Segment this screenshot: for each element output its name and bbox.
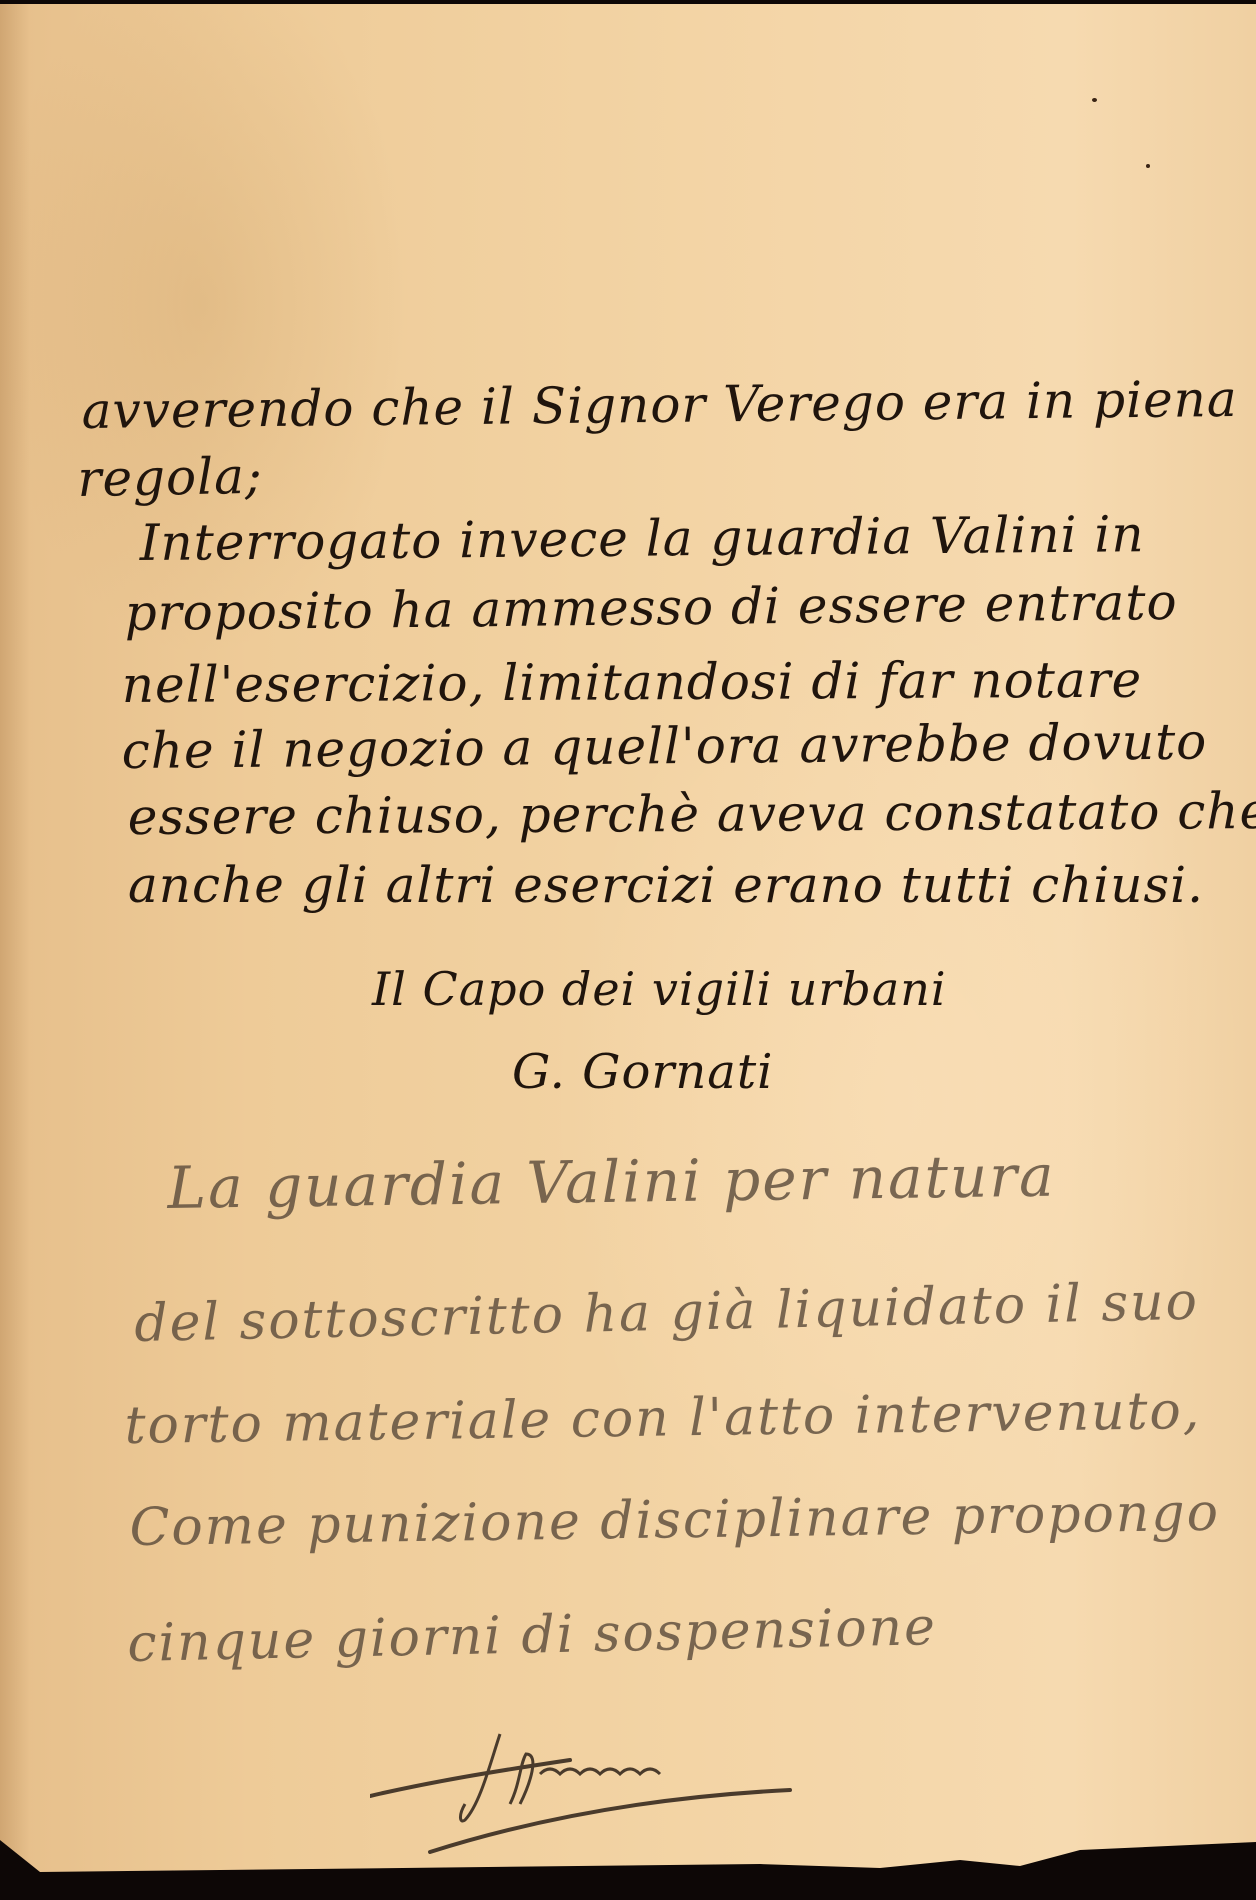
pencil-line-1: La guardia Valini per natura [167, 1142, 1056, 1222]
ink-speck [1092, 98, 1097, 102]
ink-signature: G. Gornati [512, 1044, 774, 1100]
ink-line-4: proposito ha ammesso di essere entrato [124, 573, 1177, 642]
pencil-signature: G. Bussa [370, 1724, 930, 1854]
ink-line-6: che il negozio a quell'ora avrebbe dovut… [121, 713, 1207, 780]
pencil-line-5: cinque giorni di sospensione [127, 1597, 938, 1674]
closing-title: Il Capo dei vigili urbani [372, 962, 947, 1016]
ink-line-2: regola; [77, 447, 263, 508]
letter-page: avverendo che il Signor Verego era in pi… [0, 4, 1256, 1872]
pencil-line-2: del sottoscritto ha già liquidato il suo [134, 1272, 1200, 1354]
pencil-line-3: torto materiale con l'atto intervenuto, [124, 1381, 1201, 1456]
ink-line-1: avverendo che il Signor Verego era in pi… [81, 370, 1238, 440]
pencil-line-4: Come punizione disciplinare propongo [129, 1483, 1220, 1558]
signature-flourish-icon [370, 1724, 930, 1854]
ink-line-5: nell'esercizio, limitandosi di far notar… [122, 651, 1143, 714]
ink-speck [1146, 164, 1150, 168]
ink-line-7: essere chiuso, perchè aveva constatato c… [128, 782, 1256, 846]
ink-line-8: anche gli altri esercizi erano tutti chi… [128, 856, 1204, 914]
ink-line-3: Interrogato invece la guardia Valini in [139, 505, 1144, 572]
paper-edge-shadow [0, 4, 30, 1872]
